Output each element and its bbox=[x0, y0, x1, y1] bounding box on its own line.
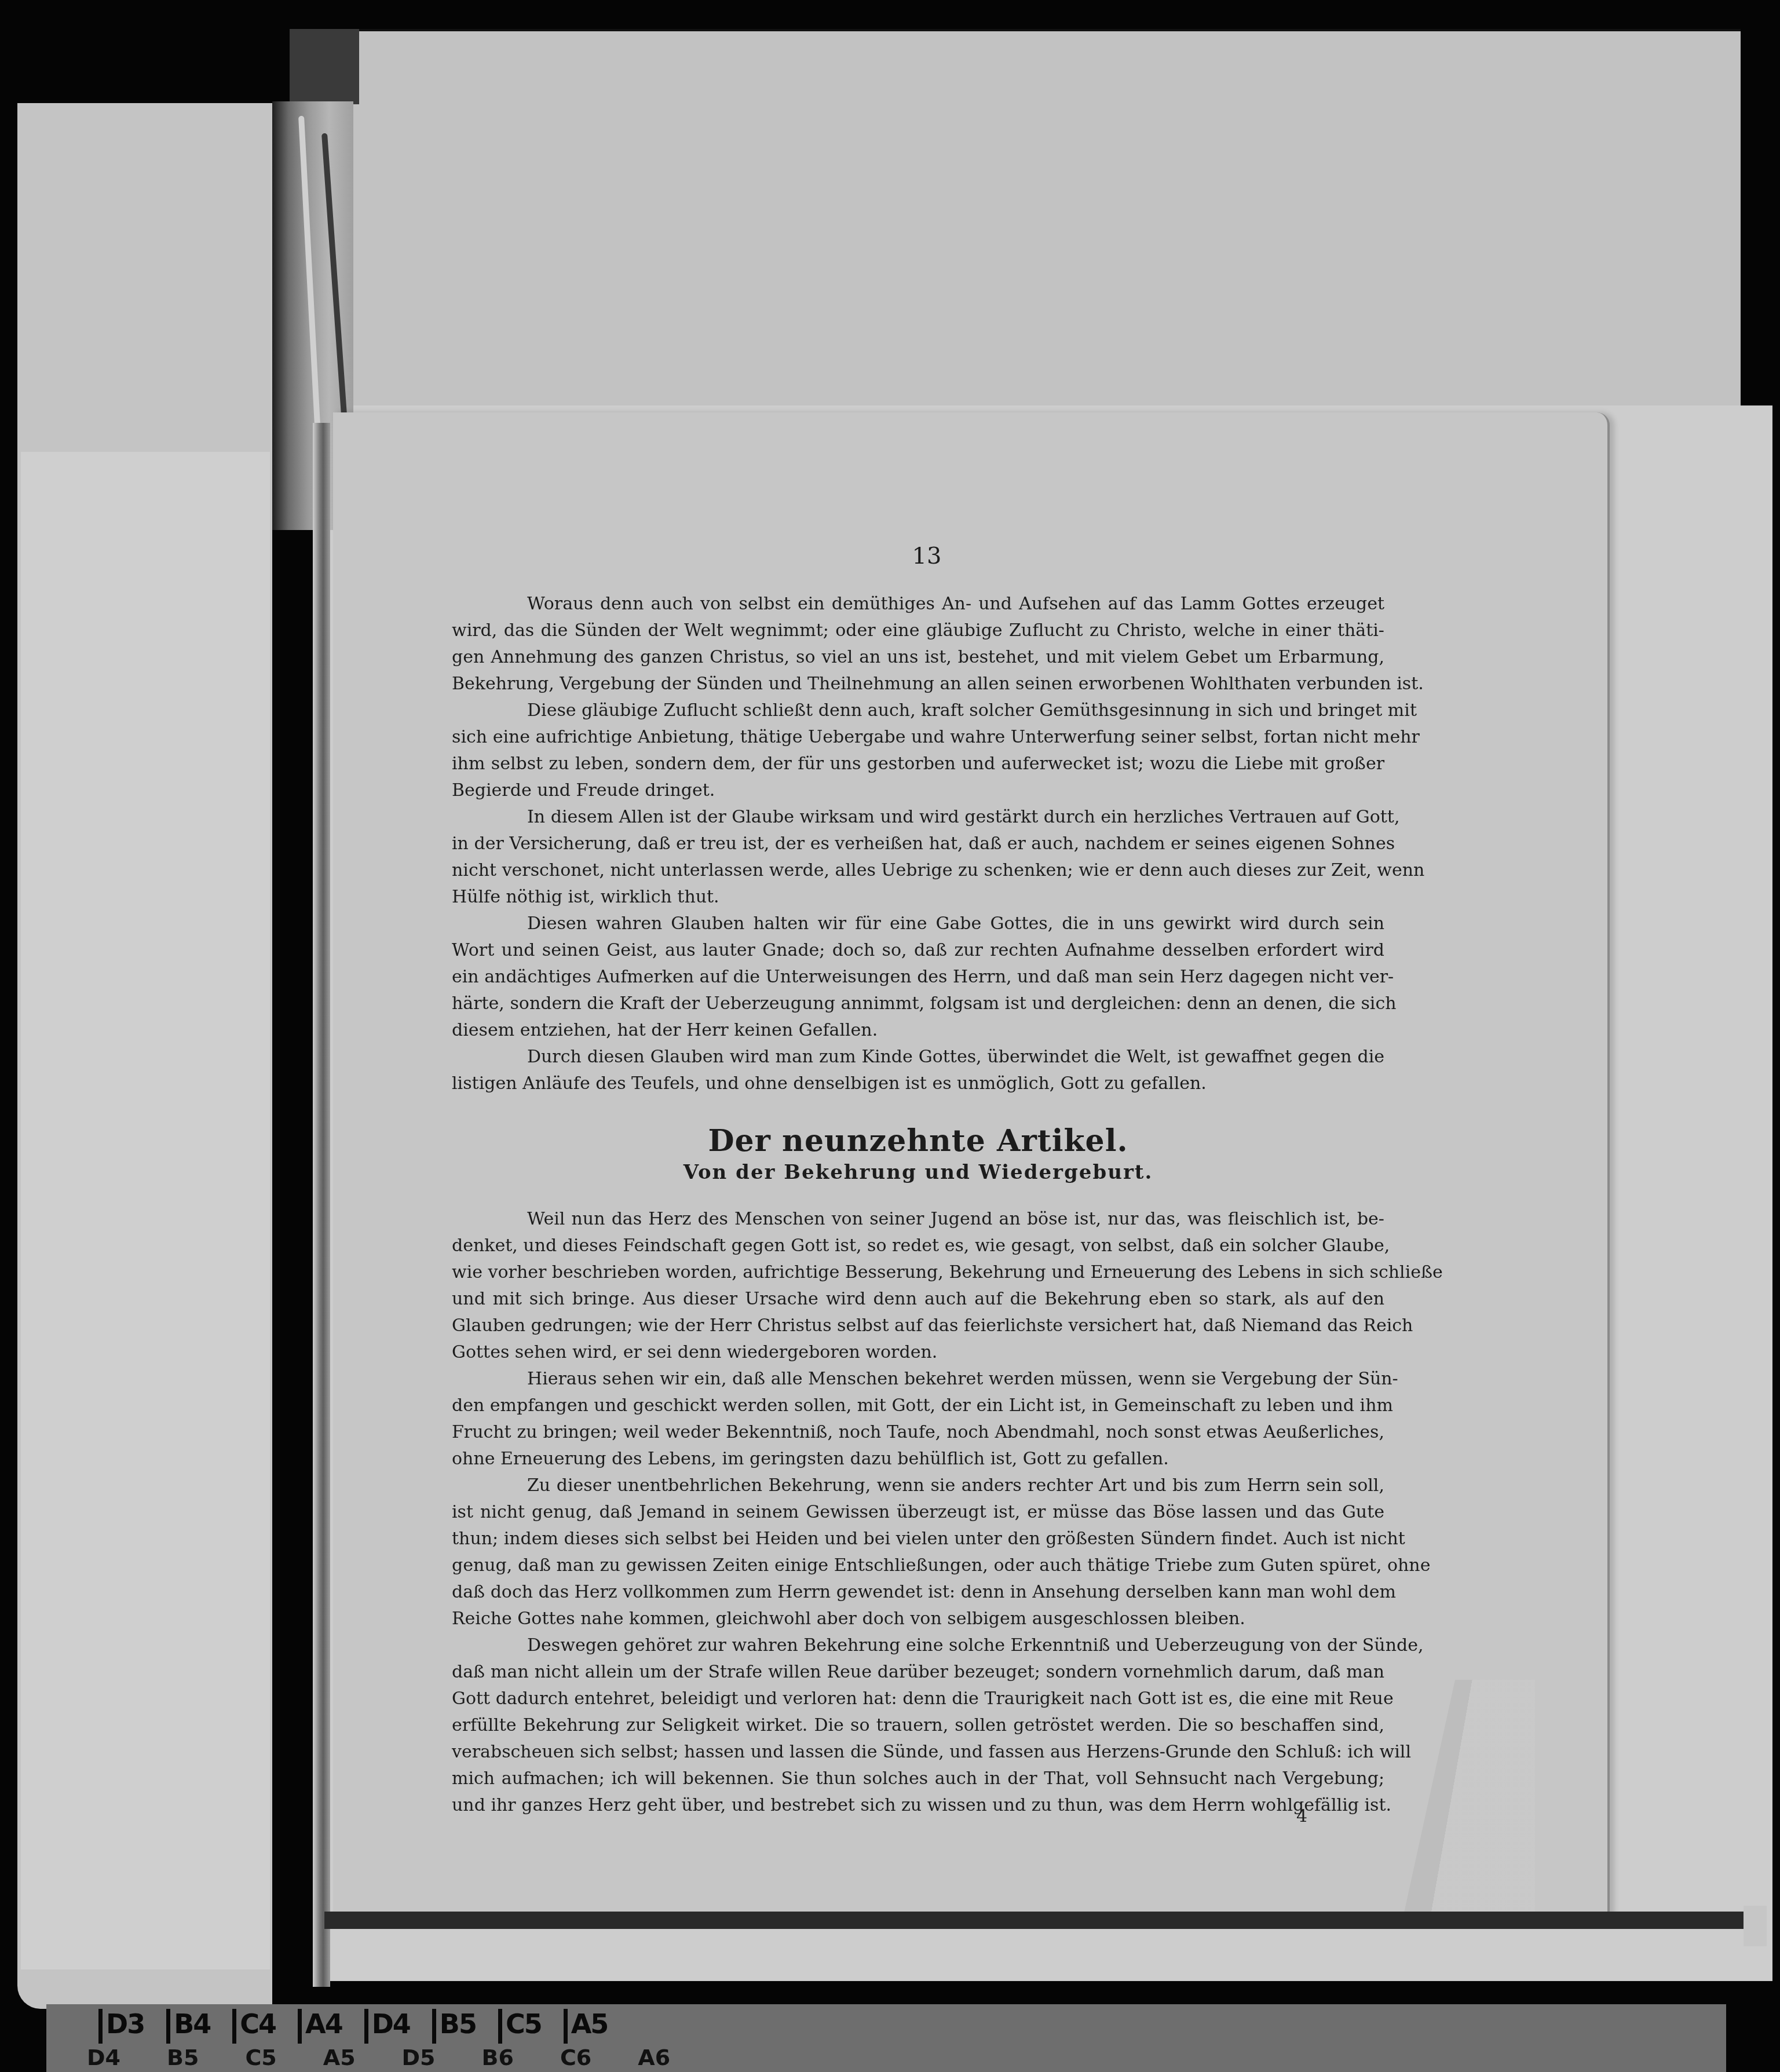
paragraph: Hieraus sehen wir ein, daß alle Menschen… bbox=[452, 1366, 1384, 1472]
text-line: listigen Anläufe des Teufels, und ohne d… bbox=[452, 1070, 1384, 1097]
film-strip-labels-row-2: D4 B5 C5 A5 D5 B6 C6 A6 bbox=[87, 2045, 666, 2072]
text-line: gen Annehmung des ganzen Christus, so vi… bbox=[452, 644, 1384, 671]
text-line: wie vorher beschrieben worden, aufrichti… bbox=[452, 1259, 1384, 1286]
text-line: nicht verschonet, nicht unterlassen werd… bbox=[452, 857, 1384, 884]
text-line: Wort und seinen Geist, aus lauter Gnade;… bbox=[452, 937, 1384, 964]
text-line: daß man nicht allein um der Strafe wille… bbox=[452, 1659, 1384, 1686]
text-line: Zu dieser unentbehrlichen Bekehrung, wen… bbox=[452, 1472, 1384, 1499]
article-subheading: Von der Bekehrung und Wiedergeburt. bbox=[452, 1160, 1384, 1185]
paragraph: Weil nun das Herz des Menschen von seine… bbox=[452, 1206, 1384, 1366]
text-line: Durch diesen Glauben wird man zum Kinde … bbox=[452, 1044, 1384, 1070]
strip-label: B4 bbox=[166, 2009, 210, 2044]
paragraph: Diesen wahren Glauben halten wir für ein… bbox=[452, 911, 1384, 1044]
text-line: Frucht zu bringen; weil weder Bekenntniß… bbox=[452, 1419, 1384, 1446]
strip-label: C4 bbox=[232, 2009, 276, 2044]
binding-top-shadow bbox=[290, 29, 359, 104]
text-line: Deswegen gehöret zur wahren Bekehrung ei… bbox=[452, 1632, 1384, 1659]
strip-label: D4 bbox=[87, 2045, 120, 2072]
text-line: Diese gläubige Zuflucht schließt denn au… bbox=[452, 697, 1384, 724]
text-line: thun; indem dieses sich selbst bei Heide… bbox=[452, 1526, 1384, 1552]
text-line: daß doch das Herz vollkommen zum Herrn g… bbox=[452, 1579, 1384, 1606]
text-line: mich aufmachen; ich will bekennen. Sie t… bbox=[452, 1766, 1384, 1792]
strip-label: C5 bbox=[498, 2009, 542, 2044]
text-line: Begierde und Freude dringet. bbox=[452, 777, 1384, 804]
text-line: härte, sondern die Kraft der Ueberzeugun… bbox=[452, 991, 1384, 1017]
back-page bbox=[353, 29, 1741, 425]
strip-label: B6 bbox=[482, 2045, 514, 2072]
strip-label: B5 bbox=[167, 2045, 199, 2072]
text-line: sich eine aufrichtige Anbietung, thätige… bbox=[452, 724, 1384, 751]
text-line: und mit sich bringe. Aus dieser Ursache … bbox=[452, 1286, 1384, 1313]
page-spine-edge bbox=[313, 423, 330, 1987]
text-line: In diesem Allen ist der Glaube wirksam u… bbox=[452, 804, 1384, 831]
page-bottom-edge-shadow bbox=[324, 1912, 1755, 1929]
text-line: genug, daß man zu gewissen Zeiten einige… bbox=[452, 1552, 1384, 1579]
paragraphs-after-heading: Weil nun das Herz des Menschen von seine… bbox=[452, 1206, 1384, 1819]
text-line: ihm selbst zu leben, sondern dem, der fü… bbox=[452, 751, 1384, 777]
text-line: ist nicht genug, daß Jemand in seinem Ge… bbox=[452, 1499, 1384, 1526]
text-line: wird, das die Sünden der Welt wegnimmt; … bbox=[452, 617, 1384, 644]
strip-label: A5 bbox=[323, 2045, 356, 2072]
text-line: Gott dadurch entehret, beleidigt und ver… bbox=[452, 1686, 1384, 1712]
paragraph: Diese gläubige Zuflucht schließt denn au… bbox=[452, 697, 1384, 804]
text-line: Gottes sehen wird, er sei denn wiedergeb… bbox=[452, 1339, 1384, 1366]
text-line: erfüllte Bekehrung zur Seligkeit wirket.… bbox=[452, 1712, 1384, 1739]
strip-label: C5 bbox=[245, 2045, 276, 2072]
text-line: Glauben gedrungen; wie der Herr Christus… bbox=[452, 1313, 1384, 1339]
strip-label: D3 bbox=[98, 2009, 144, 2044]
strip-label: A5 bbox=[564, 2009, 608, 2044]
strip-label: A6 bbox=[638, 2045, 670, 2072]
paragraph: Deswegen gehöret zur wahren Bekehrung ei… bbox=[452, 1632, 1384, 1819]
paragraph: In diesem Allen ist der Glaube wirksam u… bbox=[452, 804, 1384, 911]
page-number: 13 bbox=[452, 539, 1384, 591]
left-facing-page-lower bbox=[21, 452, 270, 1969]
text-line: Reiche Gottes nahe kommen, gleichwohl ab… bbox=[452, 1606, 1384, 1632]
page-text-block: 13 Woraus denn auch von selbst ein demüt… bbox=[452, 539, 1384, 1819]
text-line: diesem entziehen, hat der Herr keinen Ge… bbox=[452, 1017, 1384, 1044]
strip-label: B5 bbox=[432, 2009, 476, 2044]
paragraphs-before-heading: Woraus denn auch von selbst ein demüthig… bbox=[452, 591, 1384, 1097]
text-line: den empfangen und geschickt werden solle… bbox=[452, 1393, 1384, 1419]
text-line: Hülfe nöthig ist, wirklich thut. bbox=[452, 884, 1384, 911]
text-line: Diesen wahren Glauben halten wir für ein… bbox=[452, 911, 1384, 937]
text-line: ein andächtiges Aufmerken auf die Unterw… bbox=[452, 964, 1384, 991]
text-line: in der Versicherung, daß er treu ist, de… bbox=[452, 831, 1384, 857]
page-corner-tab bbox=[1744, 1906, 1767, 1946]
text-line: denket, und dieses Feindschaft gegen Got… bbox=[452, 1233, 1384, 1259]
paragraph: Woraus denn auch von selbst ein demüthig… bbox=[452, 591, 1384, 697]
text-line: und ihr ganzes Herz geht über, und bestr… bbox=[452, 1792, 1384, 1819]
text-line: Hieraus sehen wir ein, daß alle Menschen… bbox=[452, 1366, 1384, 1393]
strip-label: D4 bbox=[364, 2009, 410, 2044]
paragraph: Zu dieser unentbehrlichen Bekehrung, wen… bbox=[452, 1472, 1384, 1632]
signature-mark: 4 bbox=[1296, 1806, 1307, 1826]
text-line: Woraus denn auch von selbst ein demüthig… bbox=[452, 591, 1384, 617]
strip-label: C6 bbox=[560, 2045, 591, 2072]
article-heading: Der neunzehnte Artikel. bbox=[452, 1123, 1384, 1160]
text-line: ohne Erneuerung des Lebens, im geringste… bbox=[452, 1446, 1384, 1472]
strip-label: D5 bbox=[402, 2045, 436, 2072]
text-line: Weil nun das Herz des Menschen von seine… bbox=[452, 1206, 1384, 1233]
paragraph: Durch diesen Glauben wird man zum Kinde … bbox=[452, 1044, 1384, 1097]
text-line: Bekehrung, Vergebung der Sünden und Thei… bbox=[452, 671, 1384, 697]
film-strip-labels-row-1: D3 B4 C4 A4 D4 B5 C5 A5 bbox=[98, 2009, 678, 2044]
text-line: verabscheuen sich selbst; hassen und las… bbox=[452, 1739, 1384, 1766]
strip-label: A4 bbox=[298, 2009, 342, 2044]
